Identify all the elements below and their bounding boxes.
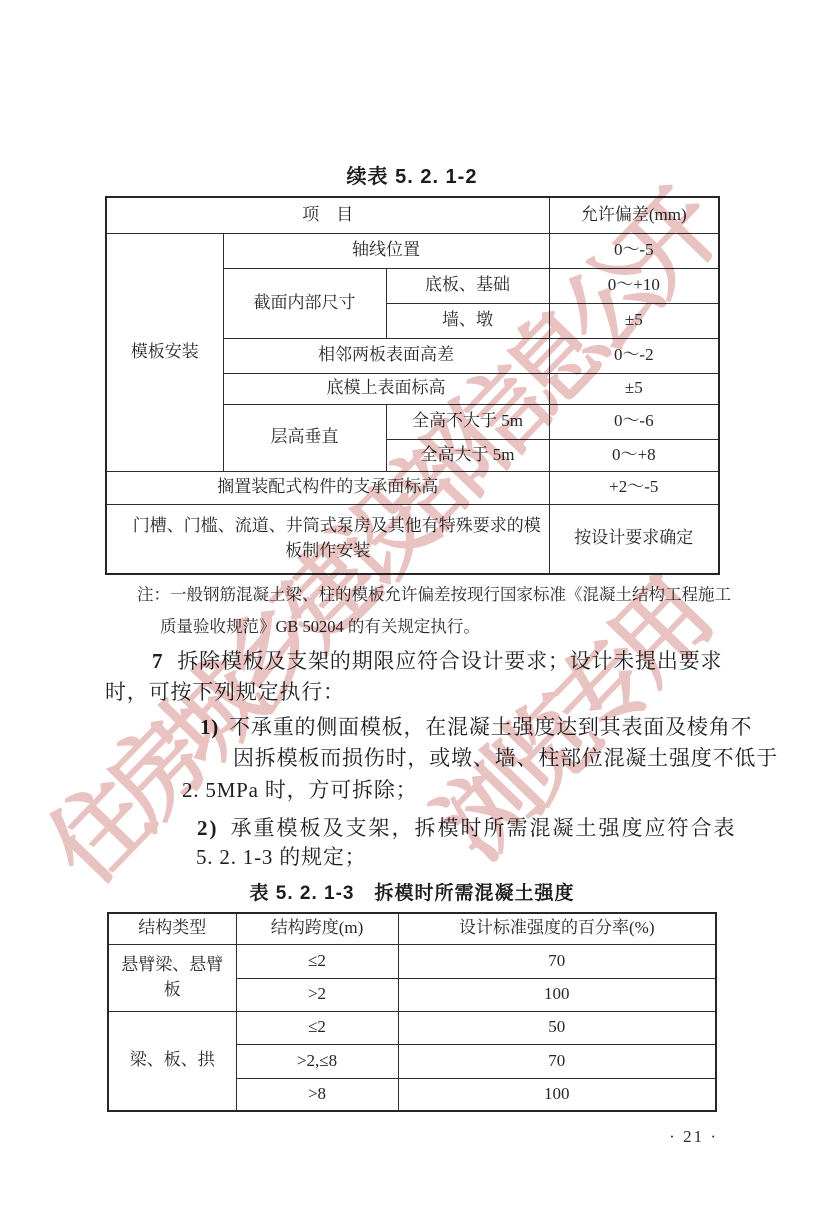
table1-header-item: 项 目 — [106, 197, 549, 233]
table2-pct-r3: 50 — [398, 1011, 716, 1044]
table1-label-bottom-form: 底模上表面标高 — [223, 373, 549, 404]
page-number: · 21 · — [0, 1127, 718, 1147]
table1-value-baseplate: 0～+10 — [549, 268, 719, 303]
table1-value-gate-slot: 按设计要求确定 — [549, 504, 719, 574]
table1-label-baseplate: 底板、基础 — [386, 268, 549, 303]
table1-group-install: 模板安装 — [106, 233, 223, 471]
table2-pct-r1: 70 — [398, 944, 716, 978]
table1-label-wall-pier: 墙、墩 — [386, 303, 549, 338]
clause7-number: 7 — [152, 649, 163, 673]
table-row: 搁置装配式构件的支承面标高 +2～-5 — [106, 471, 719, 504]
table1-note-line1: 注：一般钢筋混凝土梁、柱的模板允许偏差按现行国家标准《混凝土结构工程施工 — [137, 581, 731, 605]
table-row: 悬臂梁、悬臂板 ≤2 70 — [108, 944, 716, 978]
item1-number: 1) — [200, 715, 219, 739]
table1-label-adjacent: 相邻两板表面高差 — [223, 338, 549, 373]
table1-label-height-le5: 全高不大于 5m — [386, 404, 549, 439]
table1-note-line2: 质量验收规范》GB 50204 的有关规定执行。 — [160, 613, 480, 637]
clause7-line1: 7拆除模板及支架的期限应符合设计要求；设计未提出要求 — [152, 645, 722, 675]
table2-span-r5: >8 — [236, 1078, 398, 1111]
table1-label-gate-slot: 门槽、门槛、流道、井筒式泵房及其他有特殊要求的模板制作安装 — [106, 504, 549, 574]
table1-label-shelf: 搁置装配式构件的支承面标高 — [106, 471, 549, 504]
table2-title: 表 5. 2. 1-3 拆模时所需混凝土强度 — [0, 878, 824, 905]
item2-line2: 5. 2. 1-3 的规定； — [196, 841, 366, 871]
document-page: 续表 5. 2. 1-2 项 目 允许偏差(mm) 模板安装 轴线位置 0～-5… — [0, 0, 824, 1216]
table2-pct-r4: 70 — [398, 1044, 716, 1078]
table-row: 模板安装 轴线位置 0～-5 — [106, 233, 719, 268]
table1-value-height-le5: 0～-6 — [549, 404, 719, 439]
table1-value-height-gt5: 0～+8 — [549, 439, 719, 471]
table2-pct-r5: 100 — [398, 1078, 716, 1111]
table1-value-axis: 0～-5 — [549, 233, 719, 268]
item1-line2: 因拆模板而损伤时，或墩、墙、柱部位混凝土强度不低于 — [233, 742, 778, 772]
table2-header-span: 结构跨度(m) — [236, 913, 398, 944]
table2-group-cantilever: 悬臂梁、悬臂板 — [108, 944, 236, 1011]
table1-value-wall-pier: ±5 — [549, 303, 719, 338]
table1-value-shelf: +2～-5 — [549, 471, 719, 504]
table1-value-adjacent: 0～-2 — [549, 338, 719, 373]
table1-title: 续表 5. 2. 1-2 — [0, 160, 824, 189]
strength-table: 结构类型 结构跨度(m) 设计标准强度的百分率(%) 悬臂梁、悬臂板 ≤2 70… — [107, 912, 717, 1112]
item1-line3: 2. 5MPa 时，方可拆除； — [182, 774, 417, 804]
item1-line1: 1)不承重的侧面模板，在混凝土强度达到其表面及棱角不 — [200, 711, 752, 741]
table2-span-r4: >2,≤8 — [236, 1044, 398, 1078]
table1-value-bottom-form: ±5 — [549, 373, 719, 404]
table-row: 梁、板、拱 ≤2 50 — [108, 1011, 716, 1044]
table-row: 门槽、门槛、流道、井筒式泵房及其他有特殊要求的模板制作安装 按设计要求确定 — [106, 504, 719, 574]
table1-header-deviation: 允许偏差(mm) — [549, 197, 719, 233]
clause7-line2: 时，可按下列规定执行： — [105, 676, 345, 706]
table2-span-r1: ≤2 — [236, 944, 398, 978]
table-row: 项 目 允许偏差(mm) — [106, 197, 719, 233]
item2-line1: 2)承重模板及支架，拆模时所需混凝土强度应符合表 — [197, 812, 737, 842]
table-row: 结构类型 结构跨度(m) 设计标准强度的百分率(%) — [108, 913, 716, 944]
table1-group-vertical: 层高垂直 — [223, 404, 386, 471]
table2-header-type: 结构类型 — [108, 913, 236, 944]
table2-group-beam-slab-arch: 梁、板、拱 — [108, 1011, 236, 1111]
table1-label-height-gt5: 全高大于 5m — [386, 439, 549, 471]
table2-span-r3: ≤2 — [236, 1011, 398, 1044]
table1-group-section-size: 截面内部尺寸 — [223, 268, 386, 338]
table2-span-r2: >2 — [236, 978, 398, 1011]
table2-pct-r2: 100 — [398, 978, 716, 1011]
table2-header-pct: 设计标准强度的百分率(%) — [398, 913, 716, 944]
table1-label-axis: 轴线位置 — [223, 233, 549, 268]
tolerance-table: 项 目 允许偏差(mm) 模板安装 轴线位置 0～-5 截面内部尺寸 底板、基础… — [105, 196, 720, 575]
item2-number: 2) — [197, 816, 219, 840]
